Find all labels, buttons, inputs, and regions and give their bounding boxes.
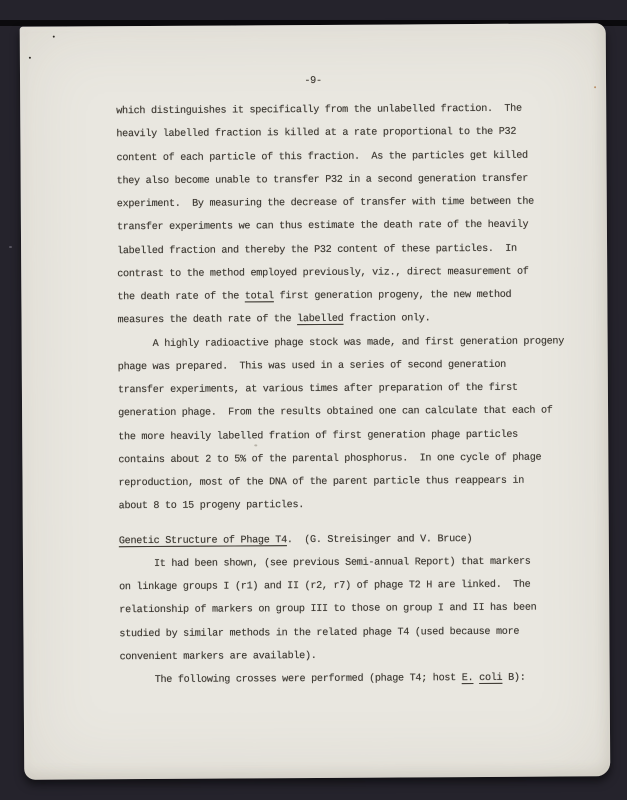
document-text-block: which distinguishes it specifically from… — [116, 102, 572, 697]
typewritten-line: reproduction, most of the DNA of the par… — [118, 474, 570, 500]
underlined-text: total — [245, 291, 274, 302]
typewritten-line: the more heavily labelled fration of fir… — [118, 428, 570, 454]
text-segment: studied by similar methods in the relate… — [119, 626, 519, 639]
text-segment: relationship of markers on group III to … — [119, 603, 536, 617]
text-segment: convenient markers are available). — [120, 651, 317, 663]
typewritten-line: studied by similar methods in the relate… — [119, 625, 571, 651]
section-heading: Genetic Structure of Phage T4. (G. Strei… — [119, 532, 571, 558]
typewritten-line: about 8 to 15 progeny particles. — [119, 498, 571, 524]
text-segment: transfer experiments, at various times a… — [118, 383, 518, 396]
typewritten-line: measures the death rate of the labelled … — [117, 312, 569, 338]
text-segment: experiment. By measuring the decrease of… — [117, 197, 534, 211]
text-segment: A highly radioactive phage stock was mad… — [153, 336, 564, 350]
typewritten-line: labelled fraction and thereby the P32 co… — [117, 242, 569, 268]
text-segment: first generation progeny, the new method — [274, 290, 512, 302]
text-segment: they also become unable to transfer P32 … — [117, 173, 528, 187]
text-segment: fraction only. — [343, 314, 430, 326]
text-segment: which distinguishes it specifically from… — [116, 104, 522, 117]
text-segment: transfer experiments we can thus estimat… — [117, 220, 528, 234]
paper-speck — [29, 57, 31, 59]
typewritten-line: The following crosses were performed (ph… — [120, 671, 572, 697]
underlined-text: E. — [462, 673, 474, 684]
typewritten-line: heavily labelled fraction is killed at a… — [116, 126, 568, 152]
text-segment: the death rate of the — [117, 291, 245, 303]
typewritten-line: which distinguishes it specifically from… — [116, 102, 568, 128]
typewritten-line: phage was prepared. This was used in a s… — [118, 358, 570, 384]
typewritten-line: the death rate of the total first genera… — [117, 288, 569, 314]
typewritten-line: transfer experiments, at various times a… — [118, 381, 570, 407]
text-segment: contrast to the method employed previous… — [117, 266, 528, 280]
typewritten-line: convenient markers are available). — [120, 648, 572, 674]
text-segment: content of each particle of this fractio… — [116, 150, 527, 164]
typewritten-line: content of each particle of this fractio… — [116, 149, 568, 175]
underlined-text: coli — [479, 673, 502, 684]
typewritten-line: on linkage groups I (r1) and II (r2, r7)… — [119, 578, 571, 604]
text-segment: phage was prepared. This was used in a s… — [118, 360, 506, 373]
page-number: -9- — [20, 74, 606, 89]
text-segment: the more heavily labelled fration of fir… — [118, 429, 518, 442]
typewritten-line: contains about 2 to 5% of the parental p… — [118, 451, 570, 477]
typewritten-line: It had been shown, (see previous Semi-an… — [119, 555, 571, 581]
typewritten-line: experiment. By measuring the decrease of… — [117, 195, 569, 221]
photographed-page-background: { "scene": { "background_color": "#25232… — [0, 0, 627, 800]
text-segment: labelled fraction and thereby the P32 co… — [117, 243, 517, 256]
text-segment: about 8 to 15 progeny particles. — [119, 500, 304, 512]
text-segment: reproduction, most of the DNA of the par… — [118, 476, 524, 489]
text-segment: on linkage groups I (r1) and II (r2, r7)… — [119, 580, 530, 594]
text-segment: measures the death rate of the — [117, 314, 297, 326]
background-speck — [9, 246, 12, 248]
typewritten-line: contrast to the method employed previous… — [117, 265, 569, 291]
text-segment: B): — [502, 673, 525, 684]
typewritten-line: A highly radioactive phage stock was mad… — [118, 335, 570, 361]
typewritten-line: they also become unable to transfer P32 … — [117, 172, 569, 198]
paper-speck — [594, 86, 596, 88]
text-segment: The following crosses were performed (ph… — [155, 673, 462, 686]
typewritten-line: transfer experiments we can thus estimat… — [117, 219, 569, 245]
text-segment: contains about 2 to 5% of the parental p… — [118, 452, 541, 466]
text-segment: heavily labelled fraction is killed at a… — [116, 127, 516, 140]
text-segment: . (G. Streisinger and V. Bruce) — [287, 534, 472, 546]
typewritten-line: generation phage. From the results obtai… — [118, 405, 570, 431]
underlined-text: Genetic Structure of Phage T4 — [119, 535, 287, 547]
text-segment: It had been shown, (see previous Semi-an… — [154, 556, 531, 569]
text-segment: generation phage. From the results obtai… — [118, 406, 553, 420]
scanned-paper-sheet: -9- which distinguishes it specifically … — [20, 23, 611, 780]
underlined-text: labelled — [297, 314, 343, 325]
paper-speck — [53, 36, 55, 38]
typewritten-line: relationship of markers on group III to … — [119, 602, 571, 628]
